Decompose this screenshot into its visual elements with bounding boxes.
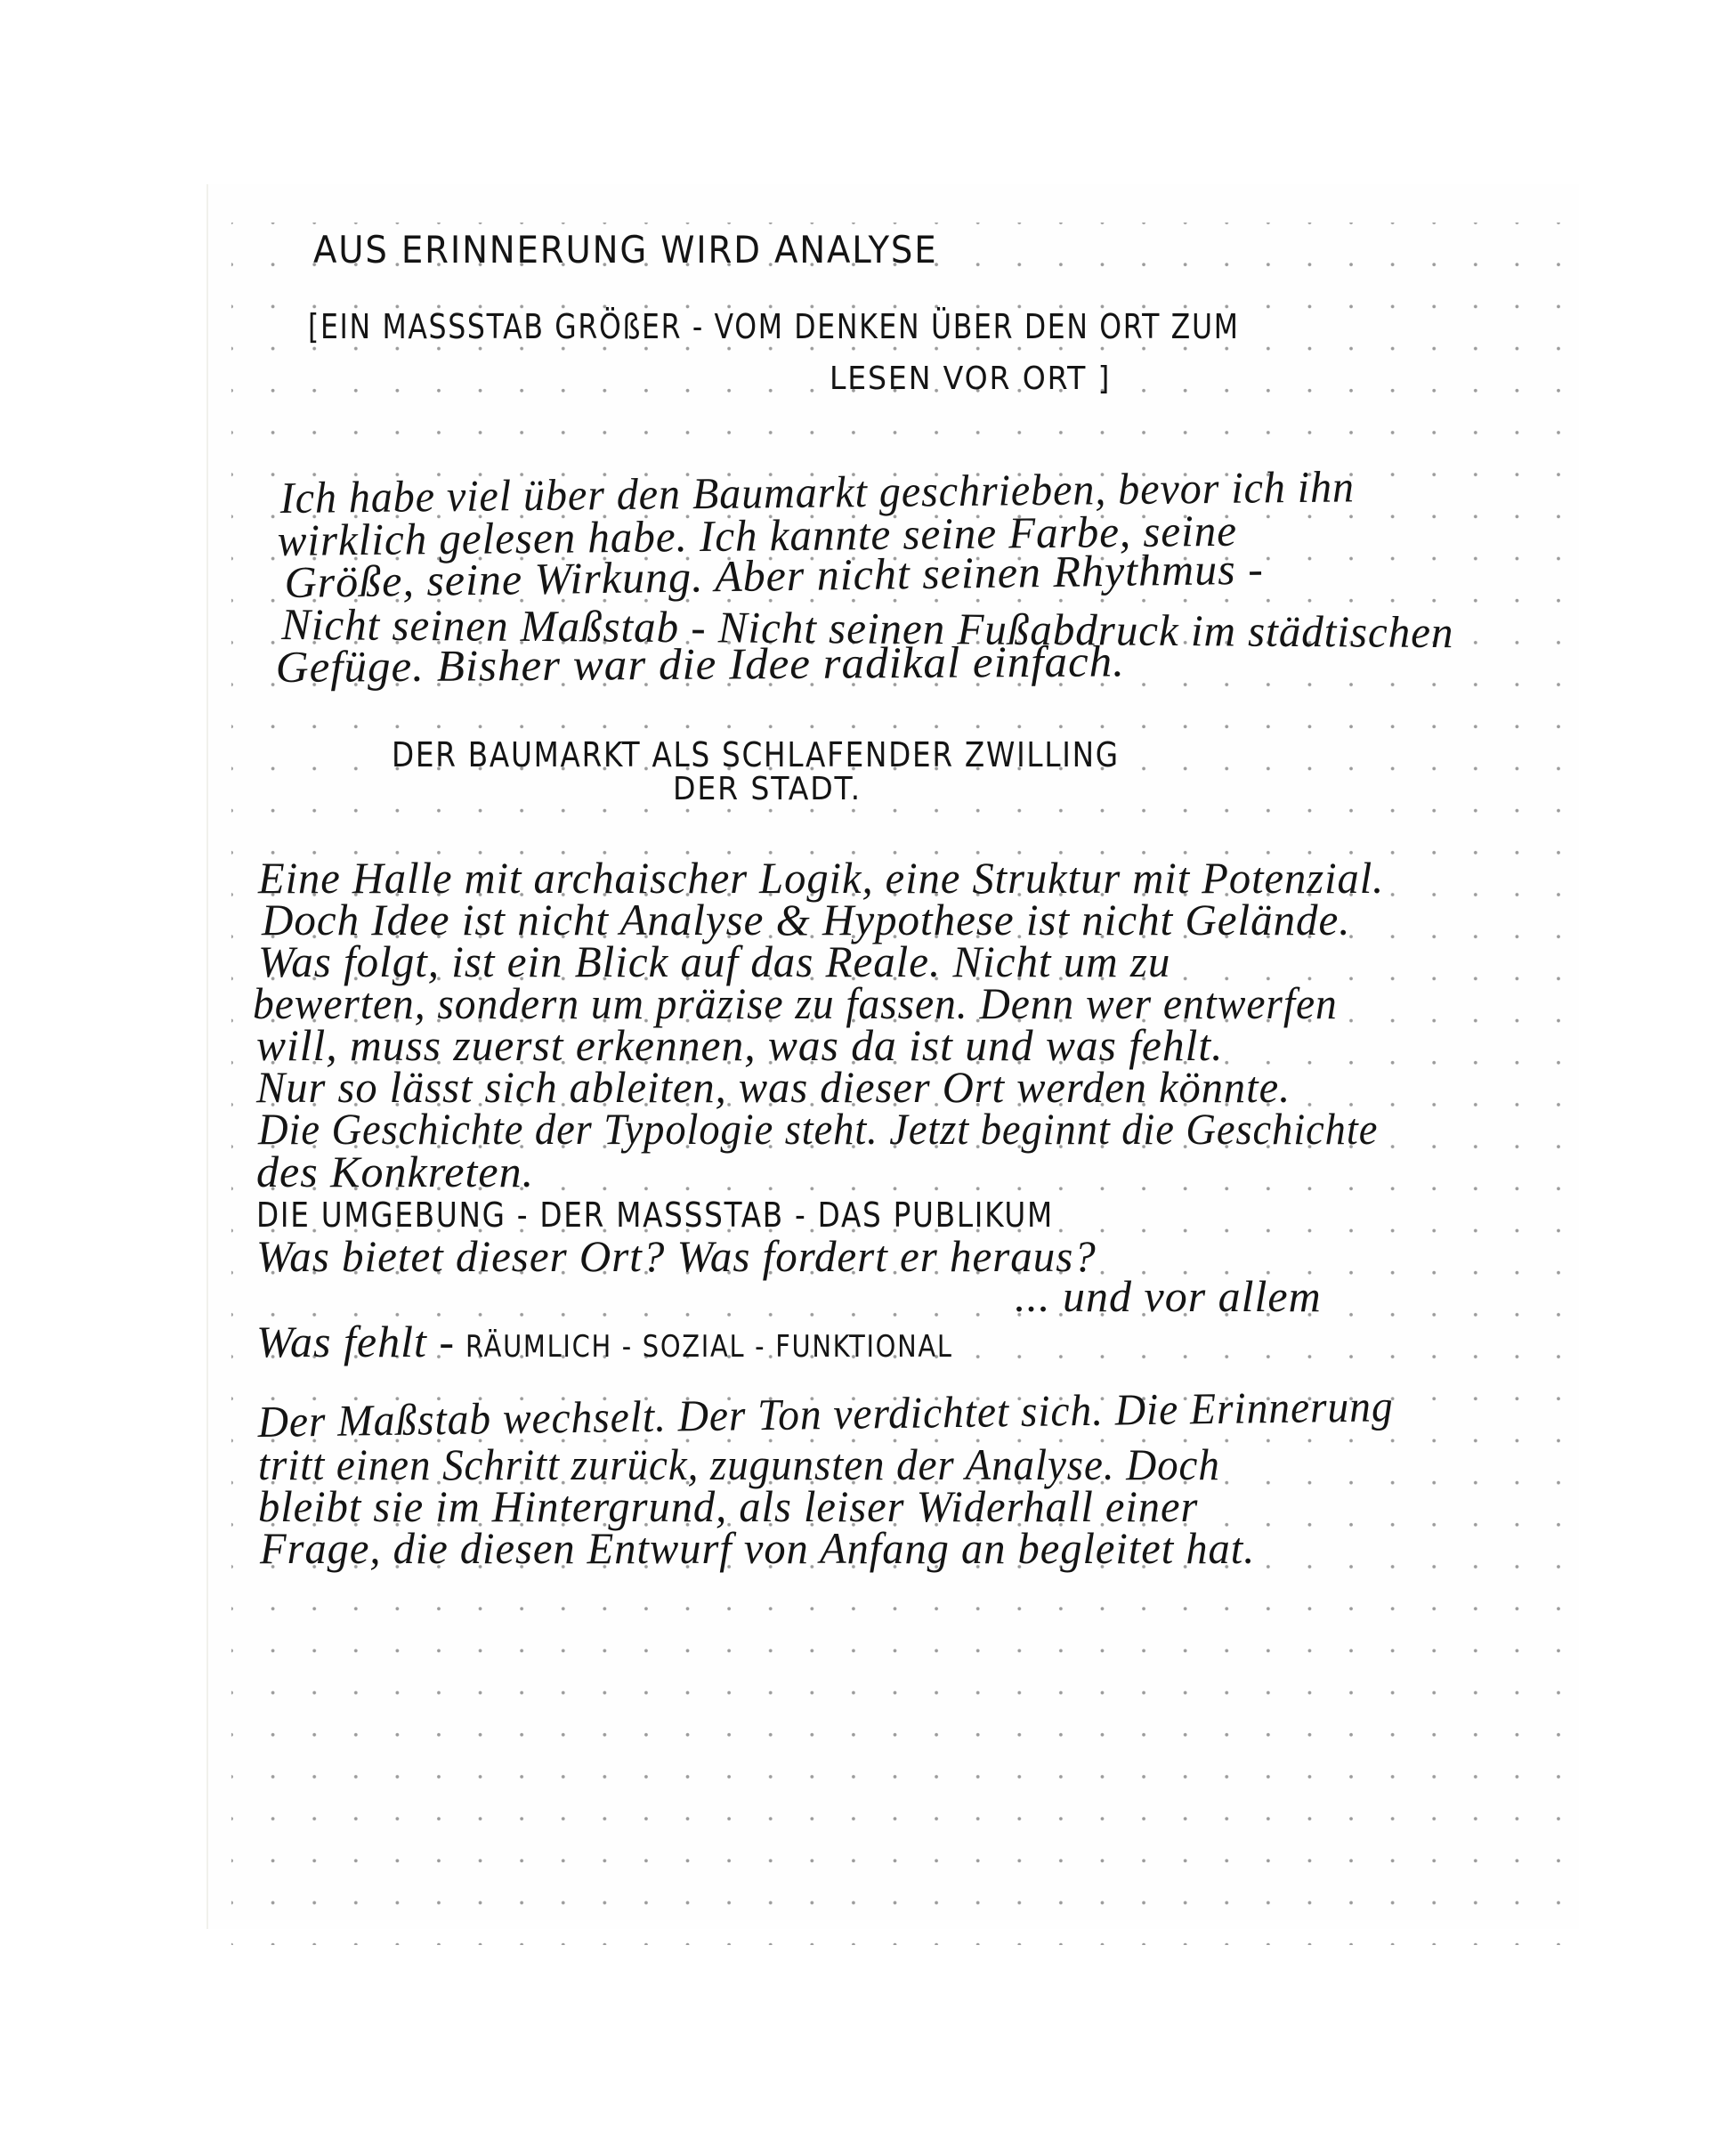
page-title: AUS ERINNERUNG WIRD ANALYSE	[313, 228, 938, 272]
question-line-continued: ... und vor allem	[1015, 1270, 1322, 1322]
subtitle-line-2: LESEN VOR ORT ]	[830, 361, 1111, 397]
paragraph-line: des Konkreten.	[256, 1146, 534, 1197]
section-heading-2: DIE UMGEBUNG - DER MASSSTAB - DAS PUBLIK…	[256, 1196, 1054, 1235]
section-heading-1-cont: DER STADT.	[673, 771, 862, 807]
subtitle-line-1: [EIN MASSSTAB GRÖßER - VOM DENKEN ÜBER D…	[308, 307, 1240, 346]
paragraph-line: Frage, die diesen Entwurf von Anfang an …	[260, 1522, 1255, 1574]
missing-categories: RÄUMLICH - SOZIAL - FUNKTIONAL	[465, 1329, 953, 1365]
missing-aspects-line: Was fehlt - RÄUMLICH - SOZIAL - FUNKTION…	[256, 1316, 1039, 1367]
section-heading-1: DER BAUMARKT ALS SCHLAFENDER ZWILLING	[392, 735, 1120, 774]
question-line: Was bietet dieser Ort? Was fordert er he…	[256, 1230, 1097, 1282]
paragraph-line: Gefüge. Bisher war die Idee radikal einf…	[276, 635, 1126, 693]
missing-lead: Was fehlt -	[256, 1317, 455, 1366]
